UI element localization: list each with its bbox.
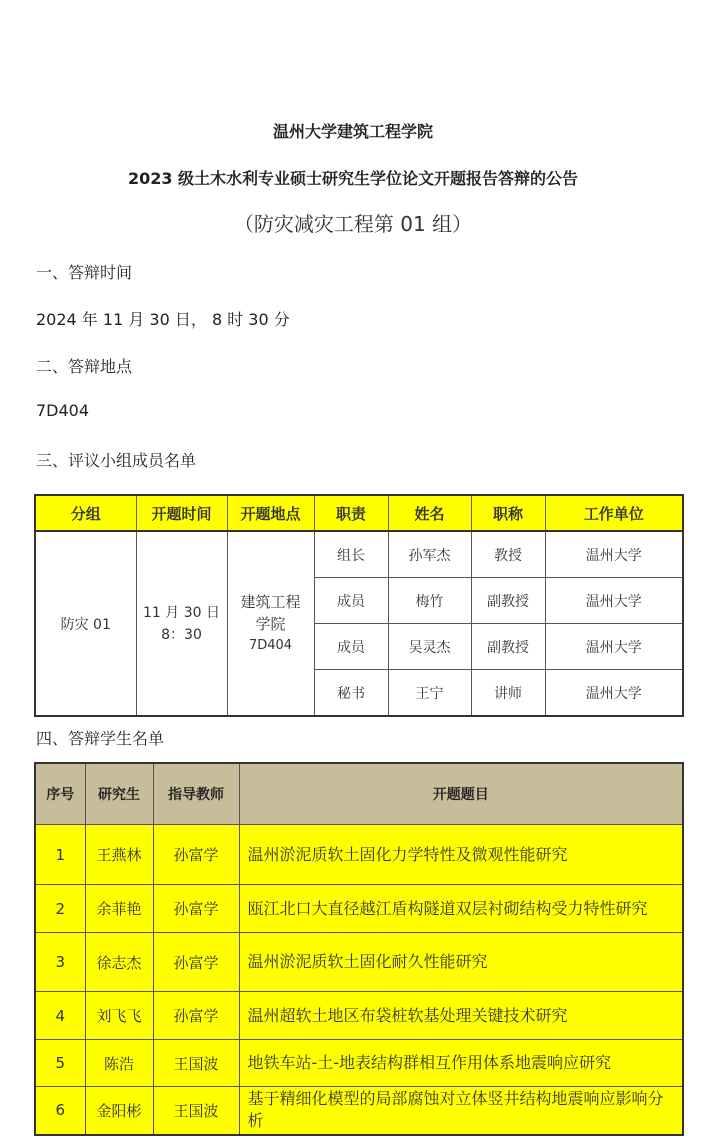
student-row: 5 陈浩 王国波 地铁车站-土-地表结构群相互作用体系地震响应研究 bbox=[35, 1040, 683, 1087]
row-student: 余菲艳 bbox=[85, 885, 153, 933]
row-advisor: 孙富学 bbox=[153, 992, 239, 1040]
institution-title: 温州大学建筑工程学院 bbox=[0, 119, 706, 142]
header-no: 序号 bbox=[35, 763, 85, 825]
member-unit: 温州大学 bbox=[545, 670, 683, 717]
committee-header-row: 分组 开题时间 开题地点 职责 姓名 职称 工作单位 bbox=[35, 495, 683, 531]
row-no: 1 bbox=[35, 825, 85, 885]
student-row: 4 刘飞飞 孙富学 温州超软土地区布袋桩软基处理关键技术研究 bbox=[35, 992, 683, 1040]
member-role: 秘书 bbox=[314, 670, 388, 717]
member-unit: 温州大学 bbox=[545, 531, 683, 578]
header-name: 姓名 bbox=[388, 495, 471, 531]
member-title: 教授 bbox=[471, 531, 545, 578]
header-unit: 工作单位 bbox=[545, 495, 683, 531]
member-title: 副教授 bbox=[471, 578, 545, 624]
time-cell: 11 月 30 日 8：30 bbox=[136, 531, 227, 716]
students-header-row: 序号 研究生 指导教师 开题题目 bbox=[35, 763, 683, 825]
header-role: 职责 bbox=[314, 495, 388, 531]
header-time: 开题时间 bbox=[136, 495, 227, 531]
place-line-1: 建筑工程 bbox=[228, 591, 314, 613]
place-line-2: 学院 bbox=[228, 613, 314, 635]
member-title: 副教授 bbox=[471, 624, 545, 670]
time-line-2: 8：30 bbox=[137, 624, 227, 646]
row-advisor: 王国波 bbox=[153, 1040, 239, 1087]
row-topic: 温州超软土地区布袋桩软基处理关键技术研究 bbox=[239, 992, 683, 1040]
header-topic: 开题题目 bbox=[239, 763, 683, 825]
row-advisor: 王国波 bbox=[153, 1087, 239, 1135]
row-advisor: 孙富学 bbox=[153, 933, 239, 992]
row-advisor: 孙富学 bbox=[153, 885, 239, 933]
students-heading: 四、答辩学生名单 bbox=[36, 726, 164, 749]
row-topic: 温州淤泥质软土固化耐久性能研究 bbox=[239, 933, 683, 992]
location-value: 7D404 bbox=[36, 401, 89, 420]
group-value: 防灾 01 bbox=[61, 617, 111, 633]
student-row: 1 王燕林 孙富学 温州淤泥质软土固化力学特性及微观性能研究 bbox=[35, 825, 683, 885]
location-heading: 二、答辩地点 bbox=[36, 354, 132, 377]
student-row: 2 余菲艳 孙富学 瓯江北口大直径越江盾构隧道双层衬砌结构受力特性研究 bbox=[35, 885, 683, 933]
row-no: 4 bbox=[35, 992, 85, 1040]
header-place: 开题地点 bbox=[227, 495, 314, 531]
committee-row: 防灾 01 11 月 30 日 8：30 建筑工程 学院 7D404 组长 孙军… bbox=[35, 531, 683, 578]
student-row: 3 徐志杰 孙富学 温州淤泥质软土固化耐久性能研究 bbox=[35, 933, 683, 992]
row-advisor: 孙富学 bbox=[153, 825, 239, 885]
row-topic: 地铁车站-土-地表结构群相互作用体系地震响应研究 bbox=[239, 1040, 683, 1087]
header-group: 分组 bbox=[35, 495, 136, 531]
header-advisor: 指导教师 bbox=[153, 763, 239, 825]
group-subtitle: （防灾减灾工程第 01 组） bbox=[0, 208, 706, 237]
row-no: 3 bbox=[35, 933, 85, 992]
row-topic: 基于精细化模型的局部腐蚀对立体竖井结构地震响应影响分析 bbox=[239, 1087, 683, 1135]
member-role: 组长 bbox=[314, 531, 388, 578]
place-cell: 建筑工程 学院 7D404 bbox=[227, 531, 314, 716]
students-table: 序号 研究生 指导教师 开题题目 1 王燕林 孙富学 温州淤泥质软土固化力学特性… bbox=[34, 762, 684, 1136]
member-role: 成员 bbox=[314, 624, 388, 670]
row-no: 6 bbox=[35, 1087, 85, 1135]
member-name: 吴灵杰 bbox=[388, 624, 471, 670]
place-line-3: 7D404 bbox=[228, 635, 314, 657]
row-student: 王燕林 bbox=[85, 825, 153, 885]
row-student: 刘飞飞 bbox=[85, 992, 153, 1040]
committee-heading: 三、评议小组成员名单 bbox=[36, 448, 196, 471]
row-no: 5 bbox=[35, 1040, 85, 1087]
member-role: 成员 bbox=[314, 578, 388, 624]
row-no: 2 bbox=[35, 885, 85, 933]
row-student: 陈浩 bbox=[85, 1040, 153, 1087]
member-title: 讲师 bbox=[471, 670, 545, 717]
group-cell: 防灾 01 bbox=[35, 531, 136, 716]
announcement-title: 2023 级土木水利专业硕士研究生学位论文开题报告答辩的公告 bbox=[0, 166, 706, 189]
row-student: 金阳彬 bbox=[85, 1087, 153, 1135]
header-title: 职称 bbox=[471, 495, 545, 531]
row-student: 徐志杰 bbox=[85, 933, 153, 992]
committee-table: 分组 开题时间 开题地点 职责 姓名 职称 工作单位 防灾 01 11 月 30… bbox=[34, 494, 684, 717]
time-line-1: 11 月 30 日 bbox=[137, 602, 227, 624]
row-topic: 温州淤泥质软土固化力学特性及微观性能研究 bbox=[239, 825, 683, 885]
member-unit: 温州大学 bbox=[545, 578, 683, 624]
student-row: 6 金阳彬 王国波 基于精细化模型的局部腐蚀对立体竖井结构地震响应影响分析 bbox=[35, 1087, 683, 1135]
member-unit: 温州大学 bbox=[545, 624, 683, 670]
time-value: 2024 年 11 月 30 日， 8 时 30 分 bbox=[36, 307, 290, 330]
time-heading: 一、答辩时间 bbox=[36, 260, 132, 283]
member-name: 孙军杰 bbox=[388, 531, 471, 578]
header-student: 研究生 bbox=[85, 763, 153, 825]
row-topic: 瓯江北口大直径越江盾构隧道双层衬砌结构受力特性研究 bbox=[239, 885, 683, 933]
member-name: 梅竹 bbox=[388, 578, 471, 624]
member-name: 王宁 bbox=[388, 670, 471, 717]
